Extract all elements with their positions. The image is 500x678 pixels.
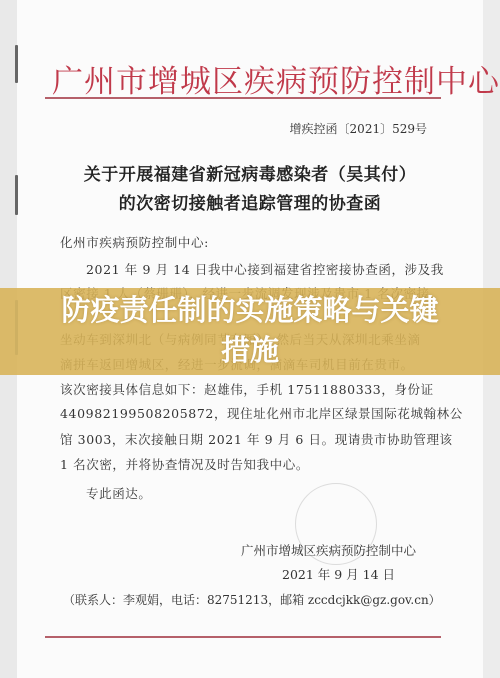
body-line: 该次密接具体信息如下：赵雄伟，手机 17511880333，身份证 [60,380,430,398]
closing: 专此函达。 [86,484,456,502]
body-line: 440982199508205872，现住址化州市北岸区绿景国际花城翰林公 [60,404,430,422]
body-line: 1 名次密，并将协查情况及时告知我中心。 [60,455,430,473]
signature-org: 广州市增城区疾病预防控制中心 [241,541,416,559]
footer-rule [45,636,441,638]
binding-mark [15,175,18,215]
document-number: 增疾控函〔2021〕529号 [290,120,427,137]
document-title-line-1: 关于开展福建省新冠病毒感染者（吴其付） [58,160,442,185]
header-rule [45,97,441,99]
body-line: 馆 3003，末次接触日期 2021 年 9 月 6 日。现请贵市协助管理该 [60,430,430,448]
salutation: 化州市疾病预防控制中心: [60,233,430,251]
binding-mark [15,45,18,83]
document-title-line-2: 的次密切接触者追踪管理的协查函 [58,189,442,214]
headline-line-2: 措施 [0,330,500,370]
signature-date: 2021 年 9 月 14 日 [282,565,395,583]
org-header: 广州市增城区疾病预防控制中心 [52,56,442,101]
body-line: 2021 年 9 月 14 日我中心接到福建省控密接协查函，涉及我 [86,260,456,278]
contact-info: （联系人：李观娟，电话：82751213，邮箱 zccdcjkk@gz.gov.… [63,591,441,608]
headline: 防疫责任制的实施策略与关键 措施 [0,290,500,370]
headline-line-1: 防疫责任制的实施策略与关键 [0,290,500,330]
